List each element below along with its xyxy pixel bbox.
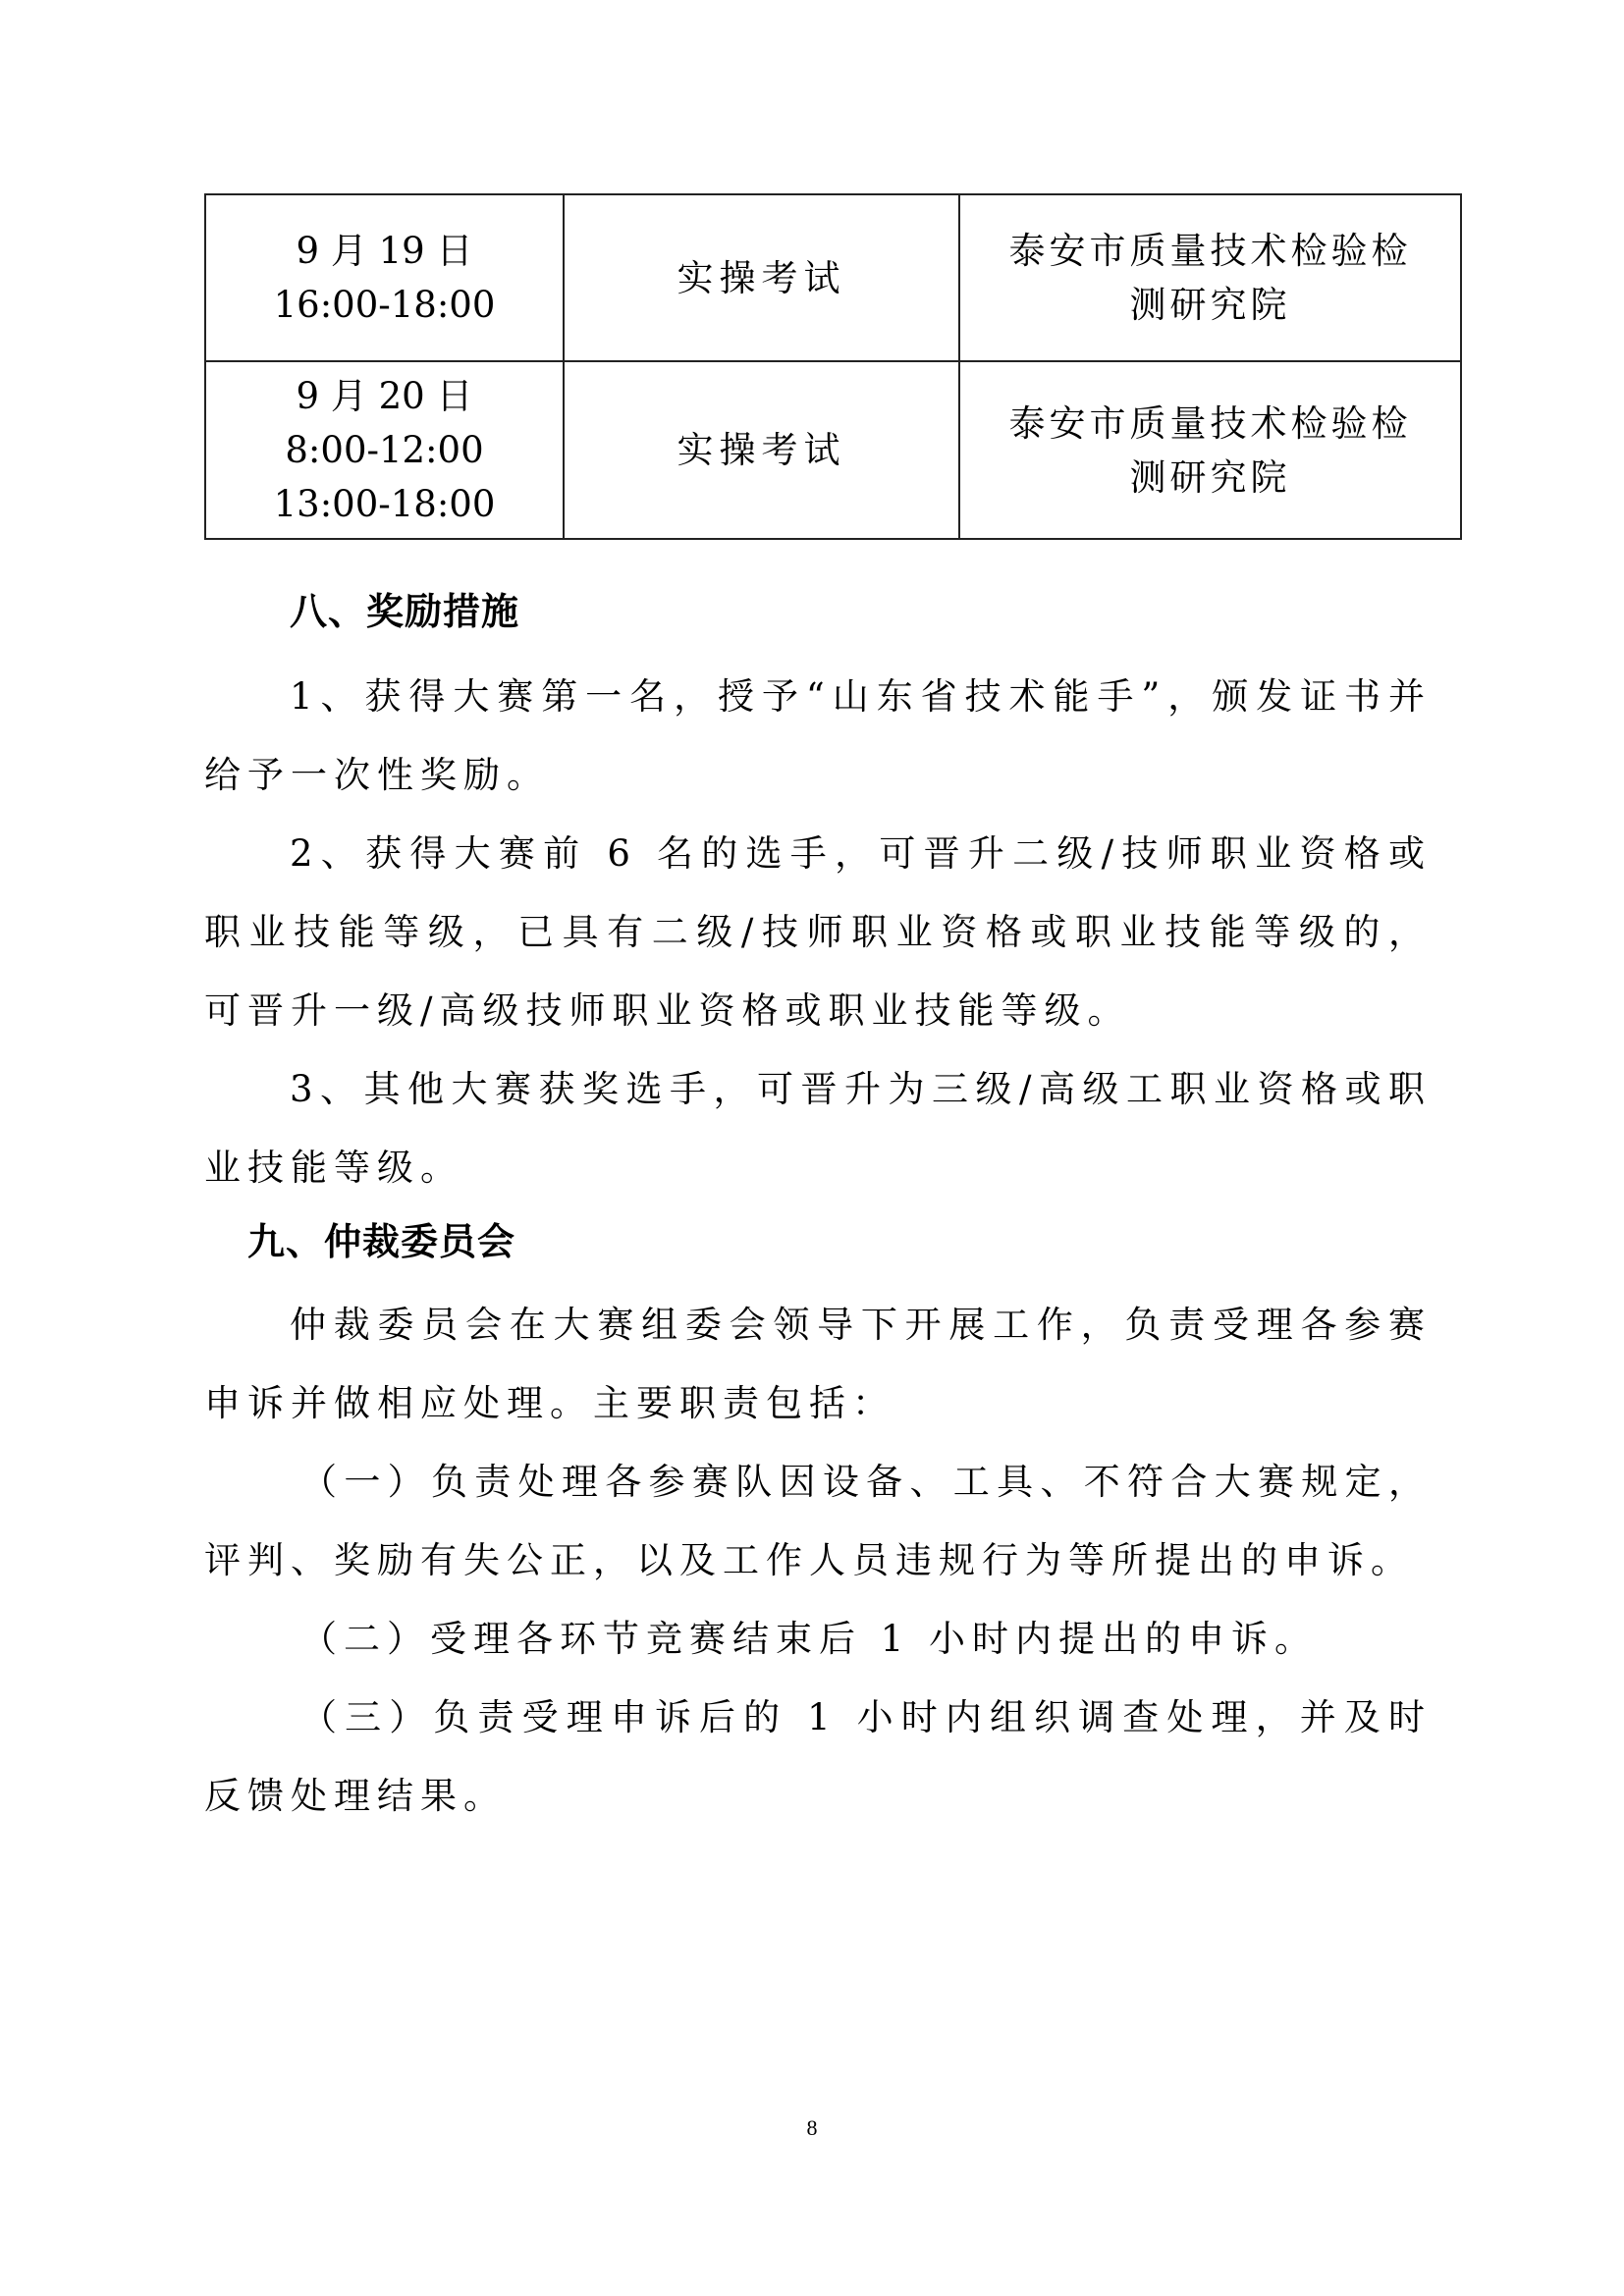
activity-cell: 实操考试	[564, 194, 959, 361]
table-row: 9 月 19 日 16:00-18:00 实操考试 泰安市质量技术检验检 测研究…	[205, 194, 1461, 361]
time-range-text: 13:00-18:00	[206, 477, 563, 531]
time-range-text: 8:00-12:00	[206, 423, 563, 477]
section-heading-rewards: 八、奖励措施	[290, 587, 519, 636]
location-line: 泰安市质量技术检验检	[960, 224, 1460, 278]
location-cell: 泰安市质量技术检验检 测研究院	[959, 361, 1461, 539]
location-cell: 泰安市质量技术检验检 测研究院	[959, 194, 1461, 361]
arbitration-intro: 仲裁委员会在大赛组委会领导下开展工作，负责受理各参赛申诉并做相应处理。主要职责包…	[204, 1286, 1432, 1443]
location-line: 泰安市质量技术检验检	[960, 397, 1460, 451]
date-text: 9 月 19 日	[206, 224, 563, 278]
arbitration-duty-1: （一）负责处理各参赛队因设备、工具、不符合大赛规定，评判、奖励有失公正，以及工作…	[204, 1443, 1432, 1600]
schedule-table: 9 月 19 日 16:00-18:00 实操考试 泰安市质量技术检验检 测研究…	[204, 193, 1462, 540]
page-number: 8	[0, 2115, 1624, 2141]
table-row: 9 月 20 日 8:00-12:00 13:00-18:00 实操考试 泰安市…	[205, 361, 1461, 539]
document-page: 9 月 19 日 16:00-18:00 实操考试 泰安市质量技术检验检 测研究…	[0, 0, 1624, 2296]
reward-item-2: 2、获得大赛前 6 名的选手，可晋升二级/技师职业资格或职业技能等级，已具有二级…	[204, 815, 1432, 1050]
reward-item-1: 1、获得大赛第一名，授予“山东省技术能手”，颁发证书并给予一次性奖励。	[204, 658, 1432, 815]
reward-item-3: 3、其他大赛获奖选手，可晋升为三级/高级工职业资格或职业技能等级。	[204, 1050, 1432, 1207]
location-line: 测研究院	[960, 451, 1460, 505]
date-text: 9 月 20 日	[206, 369, 563, 423]
arbitration-duty-2: （二）受理各环节竞赛结束后 1 小时内提出的申诉。	[204, 1600, 1432, 1679]
activity-cell: 实操考试	[564, 361, 959, 539]
location-line: 测研究院	[960, 278, 1460, 332]
arbitration-duty-3: （三）负责受理申诉后的 1 小时内组织调查处理，并及时反馈处理结果。	[204, 1679, 1432, 1836]
time-cell: 9 月 19 日 16:00-18:00	[205, 194, 564, 361]
time-range-text: 16:00-18:00	[206, 278, 563, 332]
time-cell: 9 月 20 日 8:00-12:00 13:00-18:00	[205, 361, 564, 539]
section-heading-arbitration: 九、仲裁委员会	[247, 1217, 515, 1266]
